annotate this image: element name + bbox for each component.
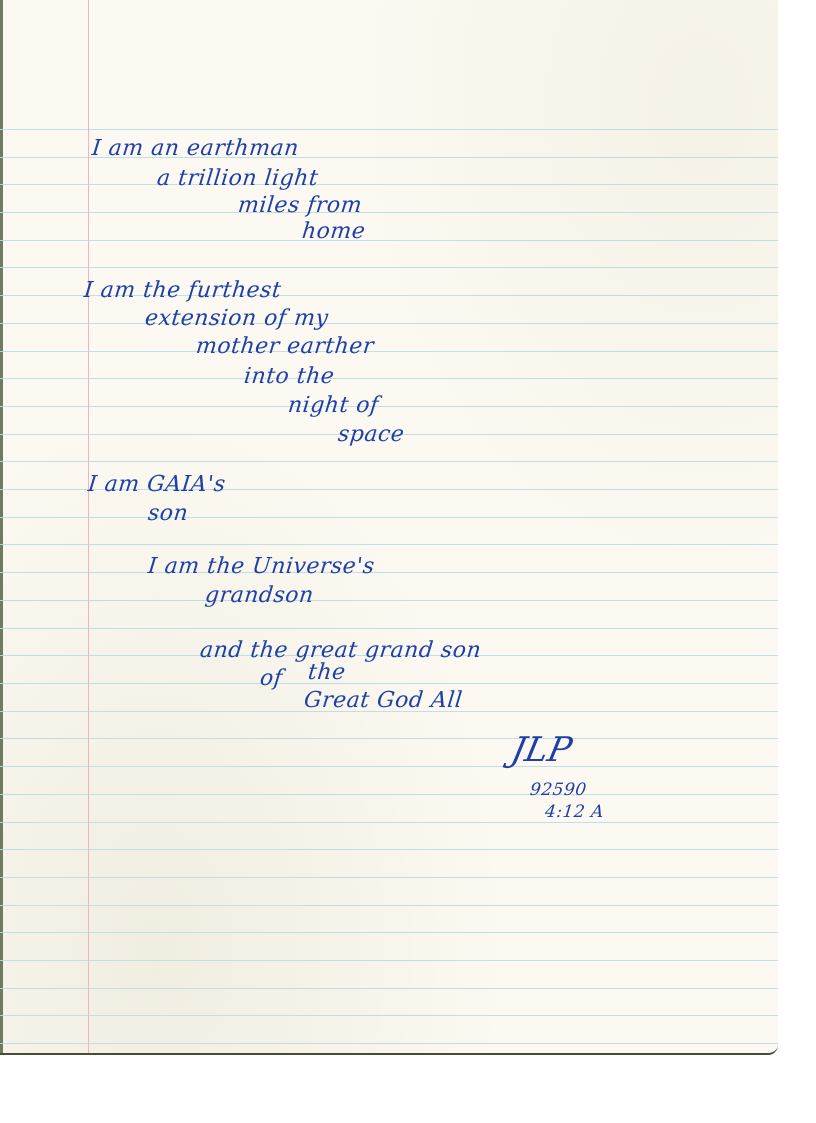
ruled-line — [0, 738, 778, 739]
ruled-line — [0, 628, 778, 629]
poem-line: grandson — [204, 585, 315, 607]
ruled-line — [0, 267, 778, 268]
ruled-line — [0, 822, 778, 823]
ruled-line — [0, 905, 778, 906]
ruled-line — [0, 794, 778, 795]
ruled-line — [0, 849, 778, 850]
ruled-line — [0, 406, 778, 407]
poem-line: of — [259, 668, 284, 690]
ruled-line — [0, 683, 778, 684]
ruled-line — [0, 600, 778, 601]
ruled-line — [0, 1043, 778, 1044]
ruled-line — [0, 877, 778, 878]
signature-date: 92590 — [529, 782, 587, 799]
ruled-line — [0, 184, 778, 185]
poem-line: night of — [287, 395, 380, 417]
poem-line: a trillion light — [156, 168, 319, 190]
ruled-line — [0, 461, 778, 462]
scanned-page: I am an earthman a trillion light miles … — [0, 0, 816, 1123]
poem-line: son — [147, 503, 190, 525]
poem-line: home — [301, 221, 367, 243]
ruled-line — [0, 988, 778, 989]
poem-line: I am the Universe's — [147, 556, 376, 578]
ruled-line — [0, 351, 778, 352]
ruled-line — [0, 240, 778, 241]
poem-line: space — [337, 424, 406, 446]
poem-line: miles from — [237, 195, 363, 217]
poem-line: and the great grand son — [199, 640, 482, 662]
ruled-line — [0, 572, 778, 573]
poem-line: mother earther — [195, 336, 375, 358]
ruled-line — [0, 932, 778, 933]
notebook-paper: I am an earthman a trillion light miles … — [0, 0, 778, 1055]
poem-line: extension of my — [144, 308, 330, 330]
ruled-line — [0, 1015, 778, 1016]
poem-line: into the — [243, 366, 336, 388]
ruled-line — [0, 378, 778, 379]
ruled-line — [0, 766, 778, 767]
ruled-line — [0, 323, 778, 324]
ruled-line — [0, 212, 778, 213]
signature-initials: JLP — [508, 730, 576, 770]
ruled-line — [0, 517, 778, 518]
poem-line: I am the furthest — [83, 280, 282, 302]
poem-line: the — [307, 662, 347, 684]
ruled-line — [0, 544, 778, 545]
poem-line: I am an earthman — [91, 138, 300, 160]
margin-line — [88, 0, 89, 1053]
poem-line: Great God All — [303, 690, 464, 712]
signature-time: 4:12 A — [544, 804, 605, 821]
poem-line: I am GAIA's — [87, 474, 227, 496]
ruled-line — [0, 129, 778, 130]
ruled-line — [0, 960, 778, 961]
